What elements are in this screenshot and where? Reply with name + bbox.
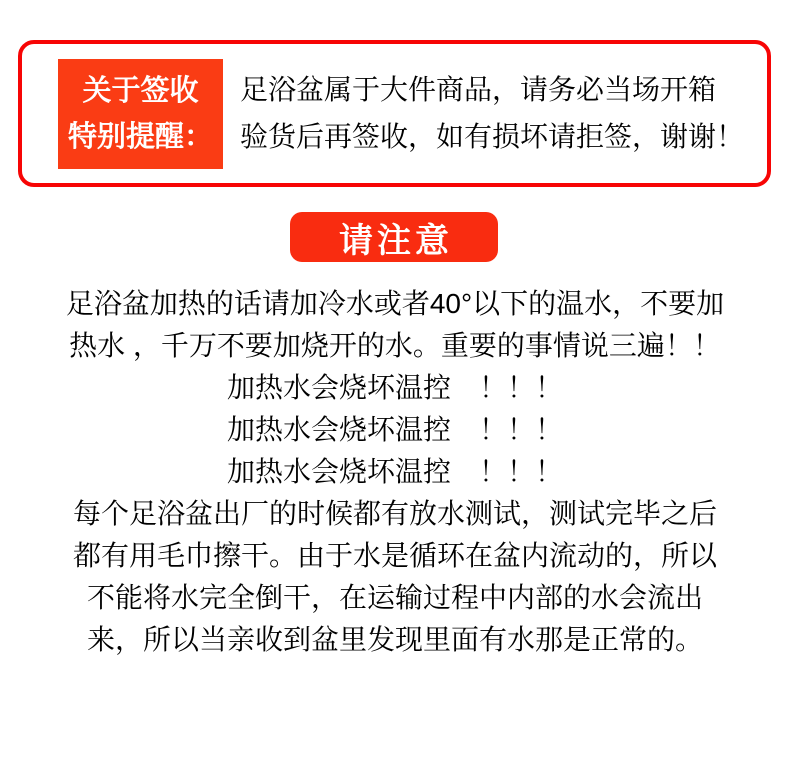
warning-line-4: 加热水会烧坏温控 ！！！ (0, 409, 790, 451)
signing-notice-text-line1: 足浴盆属于大件商品，请务必当场开箱 (240, 66, 744, 113)
signing-notice-text-line2: 验货后再签收，如有损坏请拒签，谢谢！ (240, 113, 744, 160)
warning-line-8: 不能将水完全倒干，在运输过程中内部的水会流出 (0, 577, 790, 619)
signing-notice-label-badge: 关于签收 特别提醒： (58, 59, 223, 169)
warning-line-5: 加热水会烧坏温控 ！！！ (0, 451, 790, 493)
product-notice-page: 关于签收 特别提醒： 足浴盆属于大件商品，请务必当场开箱 验货后再签收，如有损坏… (0, 0, 790, 759)
warning-line-9: 来，所以当亲收到盆里发现里面有水那是正常的。 (0, 619, 790, 661)
warning-line-3: 加热水会烧坏温控 ！！！ (0, 367, 790, 409)
warning-line-2: 热水 ，千万不要加烧开的水。重要的事情说三遍！！ (0, 325, 790, 367)
warning-line-7: 都有用毛巾擦干。由于水是循环在盆内流动的，所以 (0, 535, 790, 577)
signing-notice-label-line2: 特别提醒： (68, 114, 213, 160)
warning-text-block: 足浴盆加热的话请加冷水或者40°以下的温水，不要加 热水 ，千万不要加烧开的水。… (0, 283, 790, 661)
signing-notice-label-line1: 关于签收 (82, 68, 198, 114)
warning-line-6: 每个足浴盆出厂的时候都有放水测试，测试完毕之后 (0, 493, 790, 535)
signing-notice-text: 足浴盆属于大件商品，请务必当场开箱 验货后再签收，如有损坏请拒签，谢谢！ (240, 66, 744, 160)
signing-notice-box: 关于签收 特别提醒： 足浴盆属于大件商品，请务必当场开箱 验货后再签收，如有损坏… (18, 40, 771, 187)
attention-badge: 请注意 (290, 212, 498, 262)
warning-line-1: 足浴盆加热的话请加冷水或者40°以下的温水，不要加 (0, 283, 790, 325)
